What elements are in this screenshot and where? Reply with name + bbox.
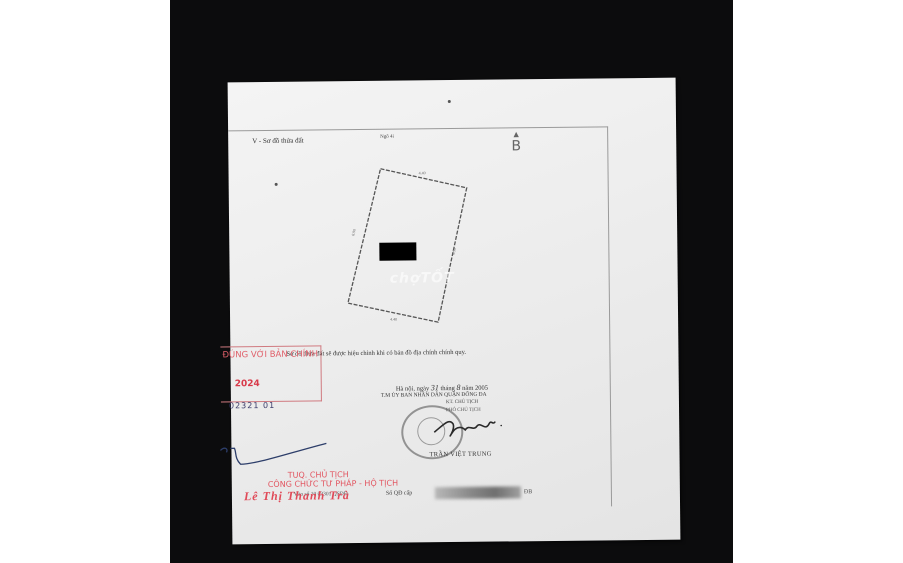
frame-line-right <box>607 126 612 506</box>
certification-stamp-header: ĐÚNG VỚI BẢN CHÍNH <box>222 349 318 360</box>
certification-stamp-year: 2024 <box>235 379 260 389</box>
decision-number-label: Số QĐ cấp <box>386 490 412 496</box>
signature-icon <box>429 409 509 446</box>
certifier-signature-name: Lê Thị Thanh Trà <box>244 488 350 504</box>
date-month: 8 <box>456 383 460 392</box>
street-label: Ngõ 4i <box>380 135 394 140</box>
edge-label-bottom: 4.40 <box>390 317 397 322</box>
edge-label-top: 4.40 <box>419 170 426 175</box>
date-day: 31 <box>431 383 439 392</box>
certification-stamp-number: 02321 01 <box>229 401 275 410</box>
frame-line-top <box>228 126 608 131</box>
watermark: chợTỐT <box>390 270 455 287</box>
signer-title-1: KT. CHỦ TỊCH <box>446 400 478 405</box>
signer-name: TRẦN VIỆT TRUNG <box>429 451 491 459</box>
edge-label-right: 8.90 <box>451 247 457 255</box>
blurred-decision-number <box>435 486 521 499</box>
redaction-box <box>379 242 416 260</box>
survey-point-icon <box>448 100 451 103</box>
issuing-organization: T.M ỦY BAN NHÂN DÂN QUẬN ĐỐNG ĐA <box>381 392 487 399</box>
land-certificate-page: V - Sơ đồ thửa đất ▲B Ngõ 4i 4.40 8.90 8… <box>228 78 681 545</box>
north-marker-label: B <box>511 138 521 154</box>
section-heading: V - Sơ đồ thửa đất <box>252 137 304 146</box>
edge-label-left: 8.90 <box>350 228 356 236</box>
blue-signature-icon <box>216 441 346 472</box>
survey-point-icon <box>275 183 278 186</box>
decision-number-suffix: ĐB <box>524 489 532 495</box>
north-arrow-icon: ▲B <box>508 131 524 163</box>
document-photo: V - Sơ đồ thửa đất ▲B Ngõ 4i 4.40 8.90 8… <box>170 0 733 563</box>
